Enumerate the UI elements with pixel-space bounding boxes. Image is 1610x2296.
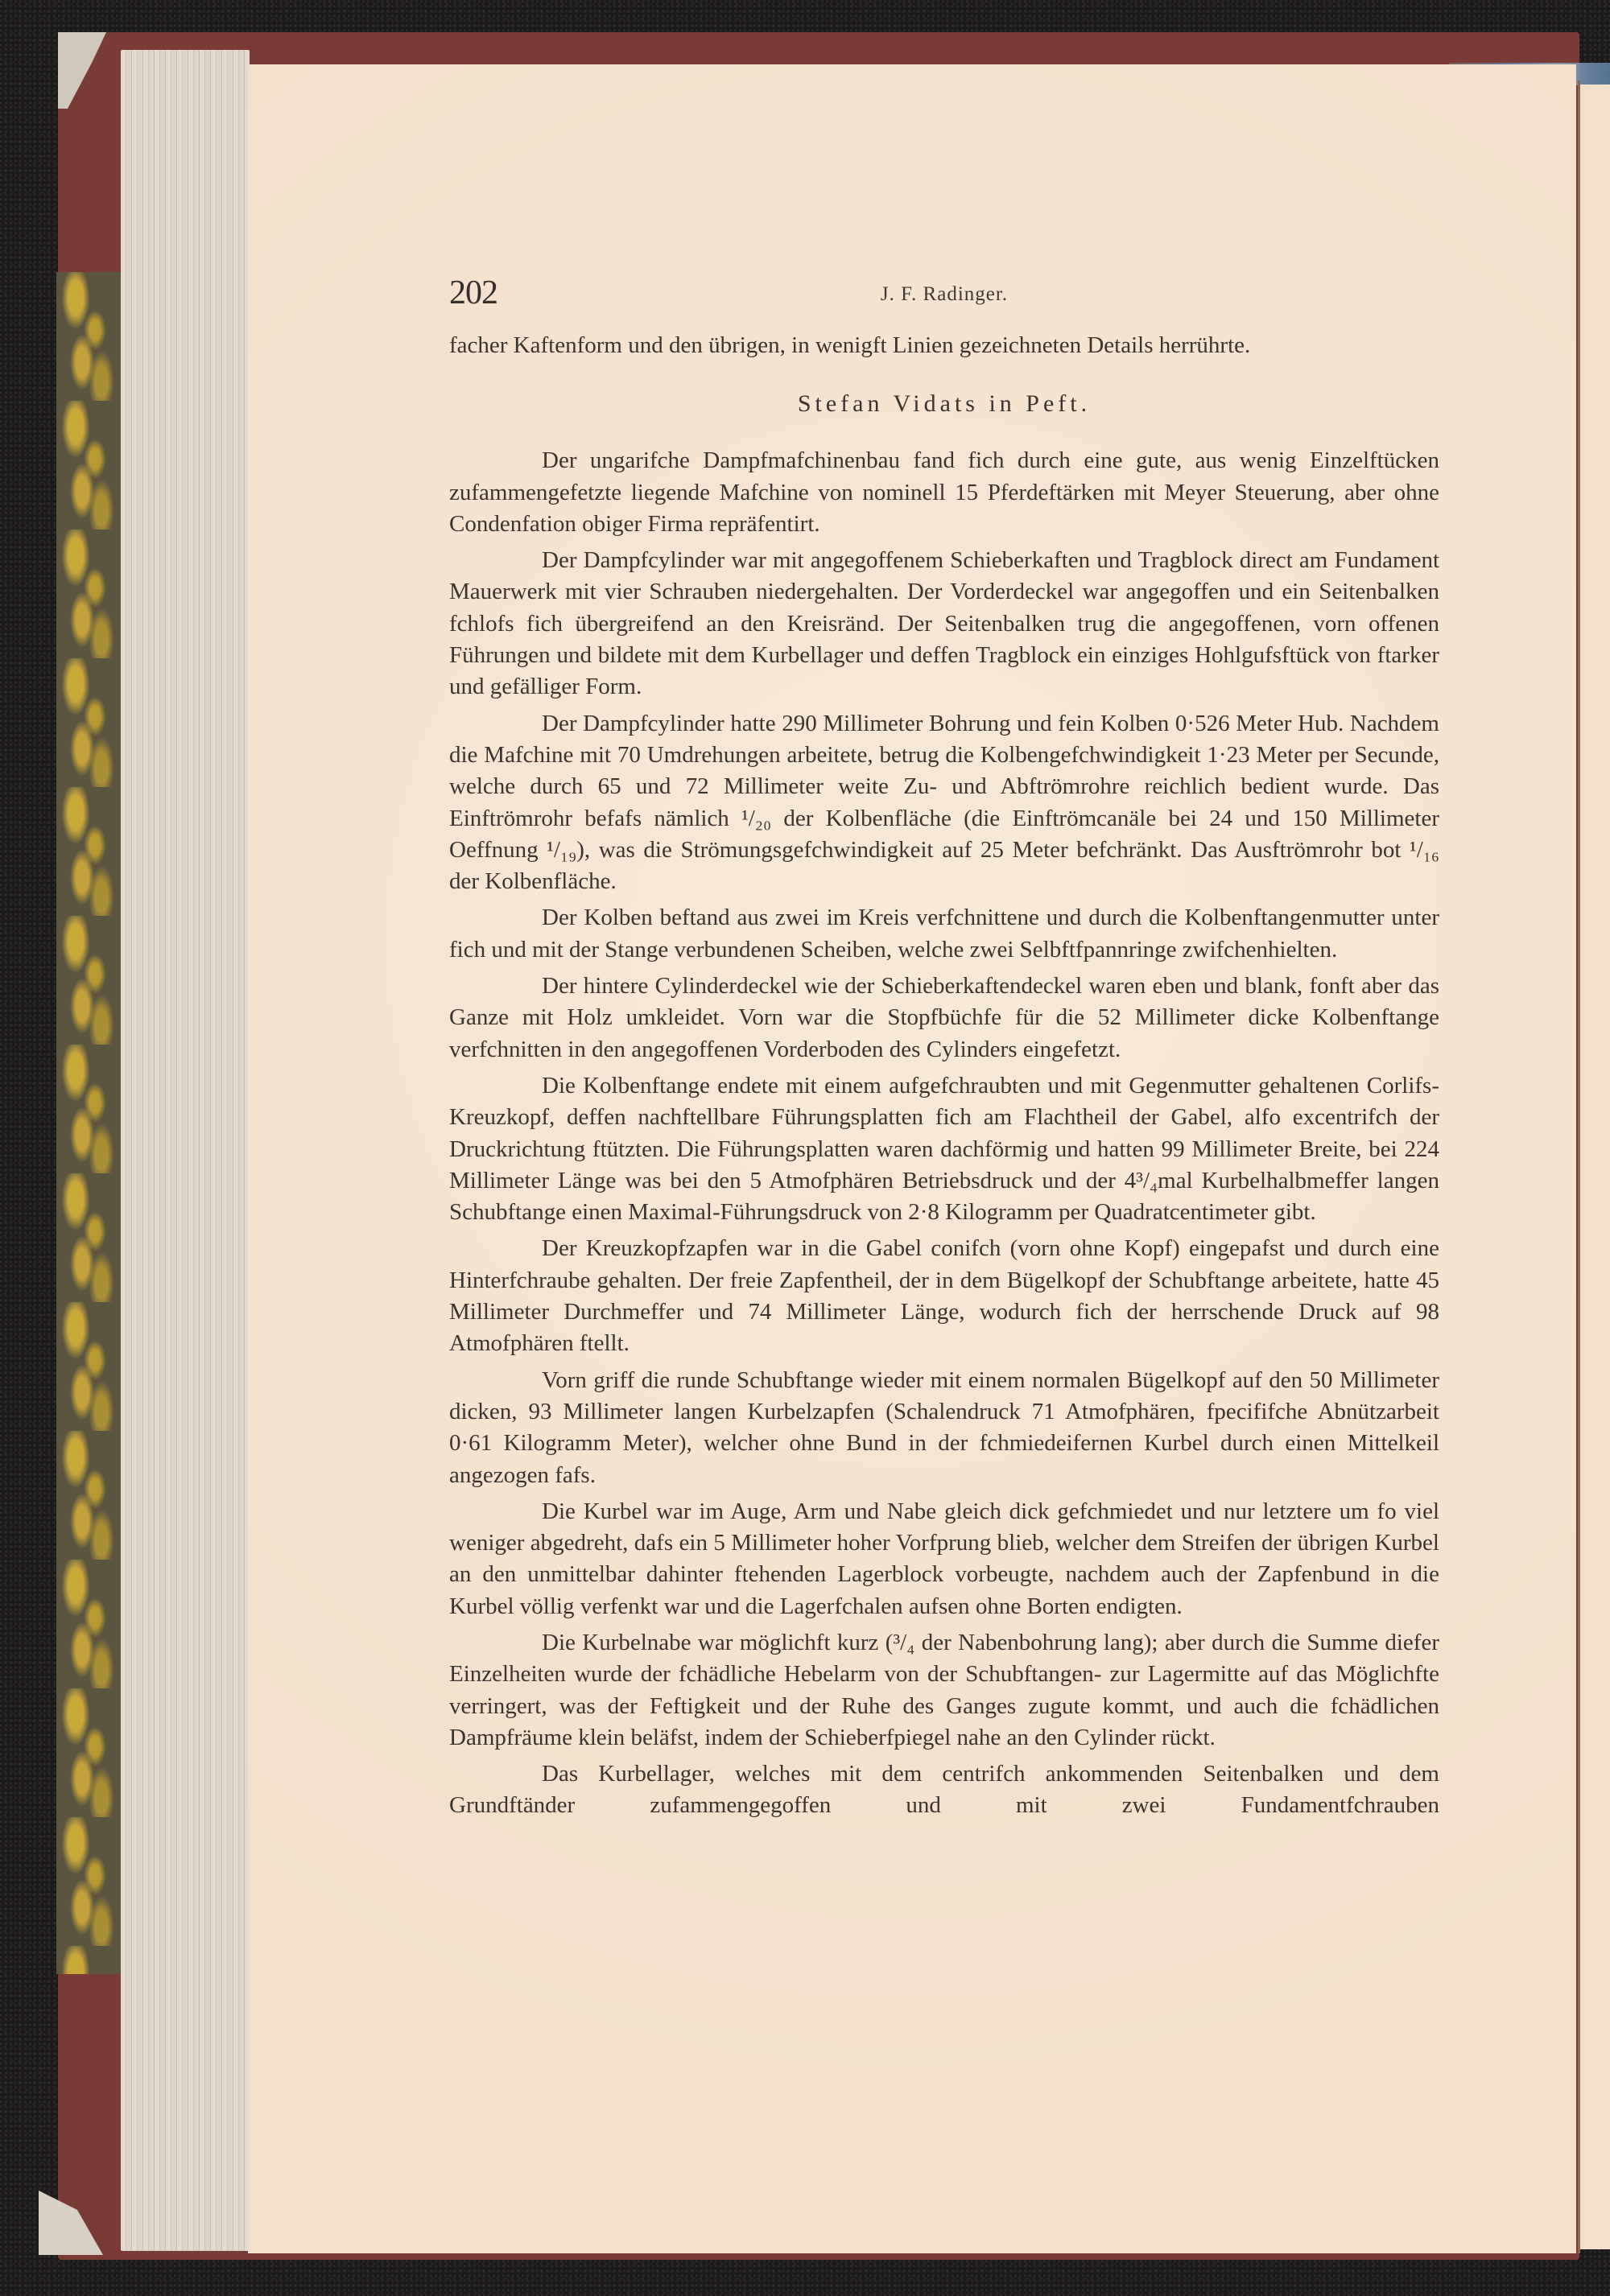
book-cover-marbled-board <box>56 272 121 1974</box>
section-title: Stefan Vidats in Peft. <box>449 390 1439 418</box>
paragraph: Das Kurbellager, welches mit dem centrif… <box>449 1758 1439 1822</box>
paragraph: Der Dampfcylinder war mit angegoffenem S… <box>449 545 1439 703</box>
paragraph: Die Kolbenftange endete mit einem aufgef… <box>449 1070 1439 1228</box>
paragraph: Der Kolben beftand aus zwei im Kreis ver… <box>449 902 1439 966</box>
paragraph: Der Dampfcylinder hatte 290 Millimeter B… <box>449 708 1439 898</box>
paragraph: Vorn griff die runde Schubftange wieder … <box>449 1365 1439 1491</box>
paragraph: Die Kurbelnabe war möglichft kurz (³/₄ d… <box>449 1627 1439 1754</box>
paragraph: Der hintere Cylinderdeckel wie der Schie… <box>449 971 1439 1066</box>
facing-page-edge <box>1580 85 1610 2249</box>
running-head: J. F. Radinger. <box>449 283 1439 306</box>
page-content: 202 J. F. Radinger. facher Kaftenform un… <box>449 274 1439 1822</box>
paragraph: Der Kreuzkopfzapfen war in die Gabel con… <box>449 1233 1439 1359</box>
continuation-paragraph: facher Kaftenform und den übrigen, in we… <box>449 330 1439 361</box>
page-header: 202 J. F. Radinger. <box>449 274 1439 330</box>
paragraph: Der ungarifche Dampfmafchinenbau fand fi… <box>449 445 1439 540</box>
page-fore-edge-stack <box>121 50 250 2251</box>
paragraph: Die Kurbel war im Auge, Arm und Nabe gle… <box>449 1496 1439 1622</box>
